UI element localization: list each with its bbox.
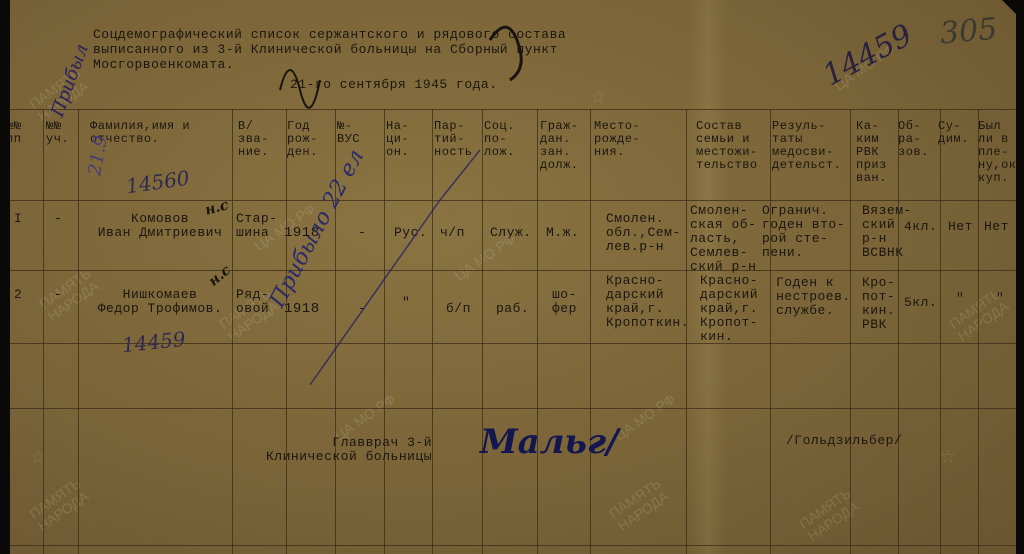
torn-corner <box>1002 0 1016 14</box>
archival-document: ПАМЯТЬ НАРОДА ЦА МО РФ ЦА МО РФ ПАМЯТЬ Н… <box>10 0 1016 554</box>
diagonal-strike-line <box>10 0 1016 554</box>
